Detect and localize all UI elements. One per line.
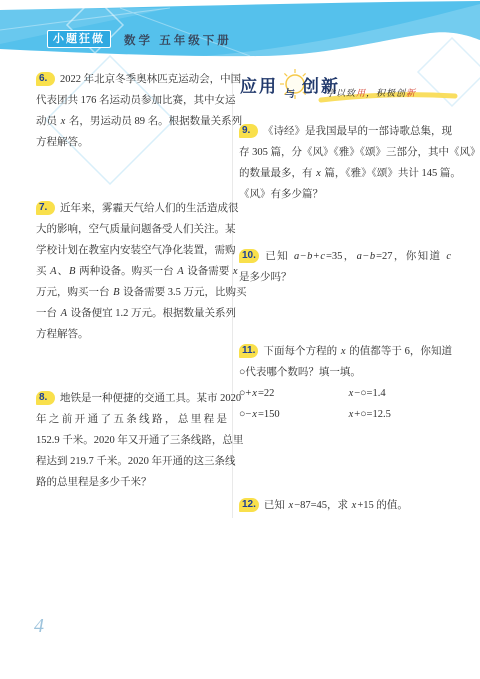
problem-number-badge: 8. xyxy=(36,391,55,405)
problem-text-line: 存 305 篇，分《风》《雅》《颂》三部分，其中《风》 xyxy=(239,142,452,163)
problem-text-line: 7.近年来，雾霾天气给人们的生活造成很 xyxy=(36,198,227,219)
problem-6: 6.2022 年北京冬季奥林匹克运动会，中国代表团共 176 名运动员参加比赛，… xyxy=(36,69,227,153)
problem-text-line: 代表团共 176 名运动员参加比赛，其中女运 xyxy=(36,90,227,111)
section-header: 应用与创新 学以致用，积极创新 xyxy=(240,72,452,108)
problem-number-badge: 6. xyxy=(36,72,55,86)
motto-segment: 用 xyxy=(356,89,366,99)
workbook-page: 小题狂做 数学 五年级下册 应用与创新 学以致用，积极创新 6.2022 年北京… xyxy=(0,0,480,679)
problem-text-line: 学校计划在教室内安装空气净化装置，需购 xyxy=(36,240,227,261)
problem-text-line: 12.已知 x−87=45，求 x+15 的值。 xyxy=(239,495,452,516)
problem-text-line: 10.已知 a−b+c=35，a−b=27，你知道 c xyxy=(239,246,452,267)
equation: x−○=1.4 xyxy=(348,383,386,404)
problem-text-line: 程达到 219.7 千米。2020 年开通的这三条线 xyxy=(36,451,227,472)
header-subject-title: 数学 五年级下册 xyxy=(124,32,232,48)
problem-text-line: 方程解答。 xyxy=(36,324,227,345)
problem-text-line: 买 A、B 两种设备。购买一台 A 设备需要 x xyxy=(36,261,227,282)
problem-7: 7.近年来，雾霾天气给人们的生活造成很大的影响，空气质量问题备受人们关注。某学校… xyxy=(36,198,227,345)
problem-text-line: 11.下面每个方程的 x 的值都等于 6，你知道 xyxy=(239,341,452,362)
page-number: 4 xyxy=(34,615,44,638)
problem-number-badge: 7. xyxy=(36,201,55,215)
equation-row: ○−x=150x+○=12.5 xyxy=(239,404,452,425)
problem-text-line: ○代表哪个数吗？填一填。 xyxy=(239,362,452,383)
brand-badge: 小题狂做 xyxy=(47,30,111,48)
problem-number-badge: 10. xyxy=(239,249,259,263)
problem-12: 12.已知 x−87=45，求 x+15 的值。 xyxy=(239,495,452,516)
equation: ○+x=22 xyxy=(239,383,348,404)
problem-text-line: 的数量最多，有 x 篇，《雅》《颂》共计 145 篇。 xyxy=(239,163,452,184)
problem-text-line: 152.9 千米。2020 年又开通了三条线路，总里 xyxy=(36,430,227,451)
problem-text-line: 方程解答。 xyxy=(36,132,227,153)
problem-text-line: 一台 A 设备便宜 1.2 万元。根据数量关系列 xyxy=(36,303,227,324)
problem-text-line: 《风》有多少篇？ xyxy=(239,184,452,205)
problem-9: 9.《诗经》是我国最早的一部诗歌总集，现存 305 篇，分《风》《雅》《颂》三部… xyxy=(239,121,452,205)
equation: ○−x=150 xyxy=(239,404,348,425)
problem-text-line: 6.2022 年北京冬季奥林匹克运动会，中国 xyxy=(36,69,227,90)
section-motto: 学以致用，积极创新 xyxy=(326,86,456,99)
problem-text-line: 8.地铁是一种便捷的交通工具。某市 2020 xyxy=(36,388,227,409)
problem-text-line: 年之前开通了五条线路，总里程是 xyxy=(36,409,227,430)
problem-10: 10.已知 a−b+c=35，a−b=27，你知道 c是多少吗？ xyxy=(239,246,452,288)
problem-number-badge: 11. xyxy=(239,344,258,358)
problem-text-line: 9.《诗经》是我国最早的一部诗歌总集，现 xyxy=(239,121,452,142)
equation-row: ○+x=22x−○=1.4 xyxy=(239,383,452,404)
equation: x+○=12.5 xyxy=(348,404,391,425)
wave-highlight-shape xyxy=(190,4,480,57)
problem-8: 8.地铁是一种便捷的交通工具。某市 2020年之前开通了五条线路，总里程是152… xyxy=(36,388,227,493)
problem-text-line: 动员 x 名，男运动员 89 名。根据数量关系列 xyxy=(36,111,227,132)
problem-text-line: 大的影响，空气质量问题备受人们关注。某 xyxy=(36,219,227,240)
problem-text-line: 万元，购买一台 B 设备需要 3.5 万元，比购买 xyxy=(36,282,227,303)
section-title-left: 应用 xyxy=(240,77,278,96)
motto-segment: ，积极创 xyxy=(366,89,406,99)
problem-11: 11.下面每个方程的 x 的值都等于 6，你知道○代表哪个数吗？填一填。○+x=… xyxy=(239,341,452,425)
section-title-connector: 与 xyxy=(285,89,295,100)
section-title: 应用与创新 xyxy=(240,79,340,96)
problem-text-line: 路的总里程是多少千米？ xyxy=(36,472,227,493)
problem-number-badge: 9. xyxy=(239,124,258,138)
motto-segment: 新 xyxy=(406,89,416,99)
motto-segment: 学以致 xyxy=(326,89,356,99)
problem-text-line: 是多少吗？ xyxy=(239,267,452,288)
problem-number-badge: 12. xyxy=(239,498,259,512)
